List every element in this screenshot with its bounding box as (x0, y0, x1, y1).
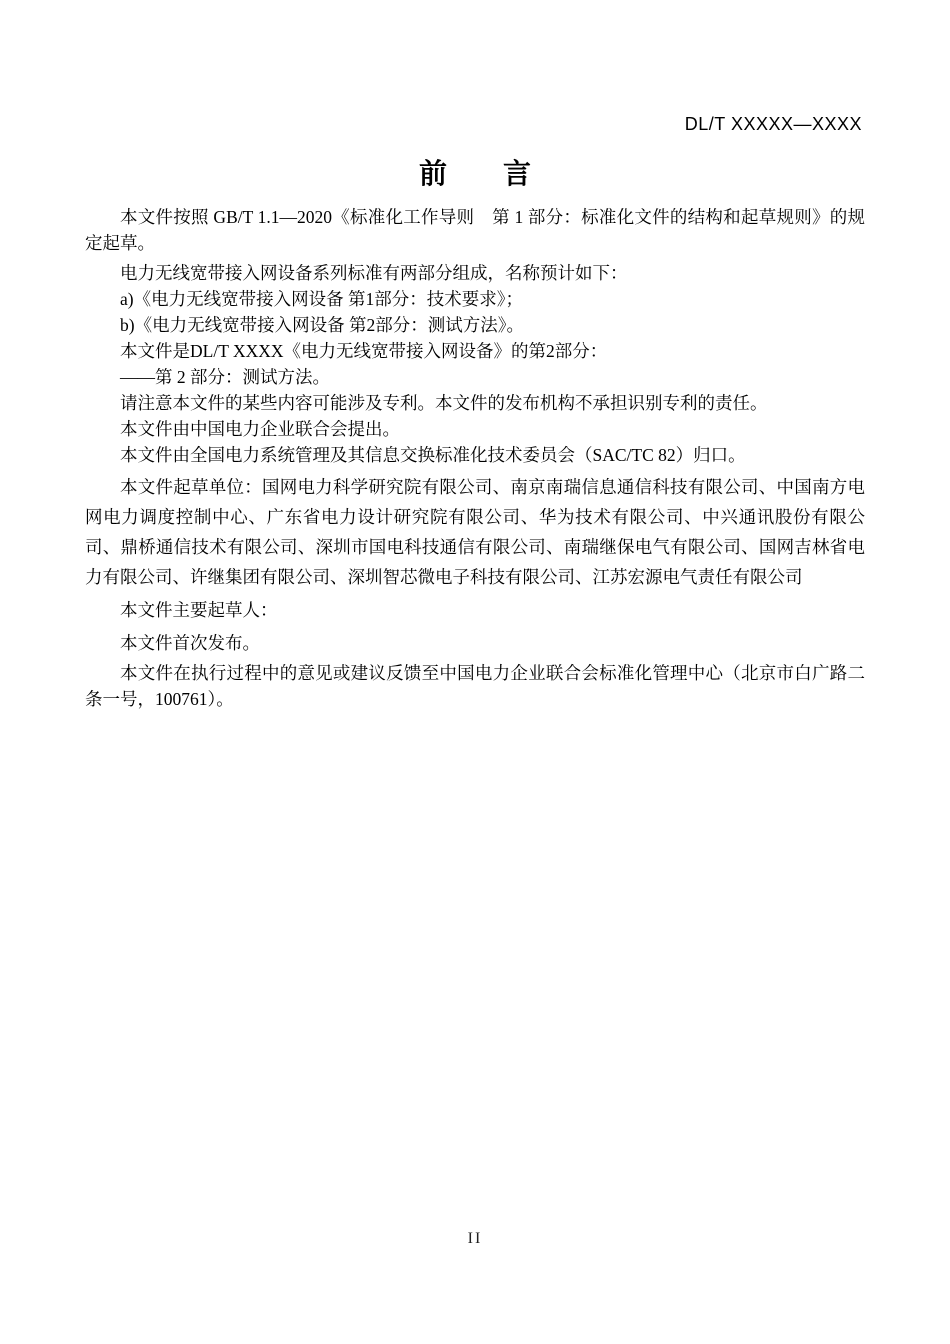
paragraph-first-issue: 本文件首次发布。 (85, 630, 865, 656)
paragraph-main-drafters: 本文件主要起草人： (85, 597, 865, 623)
paragraph-drafting-organizations: 本文件起草单位：国网电力科学研究院有限公司、南京南瑞信息通信科技有限公司、中国南… (85, 472, 865, 592)
document-page: DL/T XXXXX—XXXX 前 言 本文件按照 GB/T 1.1—2020《… (0, 0, 950, 1344)
paragraph-patent-notice: 请注意本文件的某些内容可能涉及专利。本文件的发布机构不承担识别专利的责任。 (85, 390, 865, 416)
paragraph-feedback: 本文件在执行过程中的意见或建议反馈至中国电力企业联合会标准化管理中心（北京市白广… (85, 660, 865, 712)
page-title: 前 言 (0, 152, 950, 192)
paragraph-series-intro: 电力无线宽带接入网设备系列标准有两部分组成，名称预计如下： (85, 260, 865, 286)
paragraph-centralized-by: 本文件由全国电力系统管理及其信息交换标准化技术委员会（SAC/TC 82）归口。 (85, 442, 865, 468)
paragraph-proposed-by: 本文件由中国电力企业联合会提出。 (85, 416, 865, 442)
document-number: DL/T XXXXX—XXXX (685, 114, 862, 135)
paragraph-this-part: 本文件是DL/T XXXX《电力无线宽带接入网设备》的第2部分： (85, 338, 865, 364)
paragraph-part-b: b)《电力无线宽带接入网设备 第2部分：测试方法》。 (85, 312, 865, 338)
paragraph-part-a: a)《电力无线宽带接入网设备 第1部分：技术要求》； (85, 286, 865, 312)
page-number: II (0, 1230, 950, 1248)
paragraph-drafting-rules: 本文件按照 GB/T 1.1—2020《标准化工作导则 第 1 部分：标准化文件… (85, 204, 865, 256)
foreword-body: 本文件按照 GB/T 1.1—2020《标准化工作导则 第 1 部分：标准化文件… (85, 204, 865, 712)
paragraph-part2-name: ——第 2 部分：测试方法。 (85, 364, 865, 390)
